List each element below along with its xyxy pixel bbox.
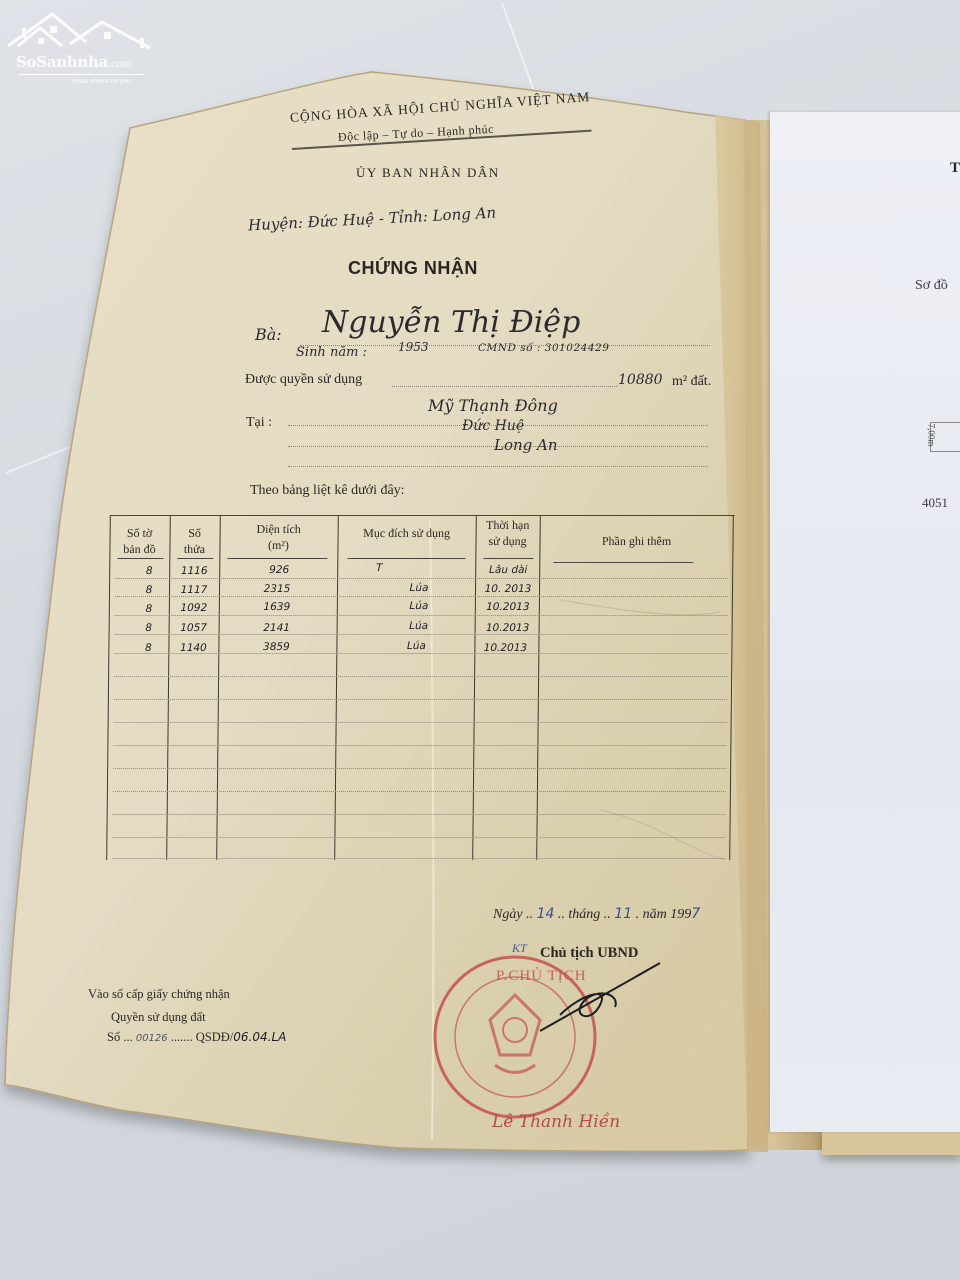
authority-name: ỦY BAN NHÂN DÂN — [356, 165, 500, 181]
location-commune: Mỹ Thạnh Đông — [428, 396, 558, 415]
registry-line-2: Quyền sử dụng đất — [111, 1010, 206, 1025]
table-row-4-purpose: Lúa — [379, 620, 459, 632]
registry-number: Số ... 00126 ....... QSDĐ/06.04.LA — [107, 1030, 286, 1045]
table-row-2-map: 8 — [139, 584, 159, 596]
total-area: 10880 — [618, 372, 663, 388]
header-underline — [553, 562, 693, 563]
header-term: Thời hạnsử dụng — [477, 518, 537, 549]
table-row-5-purpose: Lúa — [376, 640, 456, 652]
table-row-2-purpose: Lúa — [379, 582, 459, 594]
table-row-3-map: 8 — [139, 603, 159, 615]
row-rule — [115, 596, 728, 597]
table-row-1-parcel: 1116 — [171, 565, 217, 577]
table-row-2-parcel: 1117 — [171, 584, 217, 596]
header-underline — [483, 558, 533, 559]
dotted-line — [288, 466, 708, 467]
table-row-5-parcel: 1140 — [170, 642, 216, 654]
row-rule — [113, 768, 726, 769]
issue-date: Ngày .. 14 .. tháng .. 11 . năm 1997 — [493, 906, 700, 923]
birth-label: Sinh năm : — [296, 345, 367, 360]
usage-right-label: Được quyền sử dụng — [245, 372, 362, 388]
header-underline — [227, 558, 327, 559]
row-rule — [112, 858, 725, 859]
jurisdiction: Huyện: Đức Huệ - Tỉnh: Long An — [248, 204, 497, 235]
signature-stroke — [530, 955, 680, 1035]
table-row-3-purpose: Lúa — [379, 600, 459, 612]
table-intro: Theo bảng liệt kê dưới đây: — [250, 483, 405, 499]
row-rule — [113, 814, 726, 815]
table-row-3-parcel: 1092 — [171, 602, 217, 614]
row-rule — [115, 578, 728, 579]
table-row-3-term: 10.2013 — [477, 601, 539, 613]
id-number: CMND số : 301024429 — [478, 342, 609, 354]
row-rule — [114, 722, 727, 723]
table-row-4-area: 2141 — [237, 622, 317, 634]
certificate-document: CỘNG HÒA XÃ HỘI CHỦ NGHĨA VIỆT NAM Độc l… — [0, 0, 960, 1280]
holder-label: Bà: — [255, 325, 282, 344]
holder-name: Nguyễn Thị Điệp — [322, 305, 580, 340]
signatory-prefix: KT — [512, 941, 527, 956]
location-label: Tại : — [246, 415, 272, 431]
national-header: CỘNG HÒA XÃ HỘI CHỦ NGHĨA VIỆT NAM — [289, 89, 590, 126]
header-underline — [347, 558, 465, 559]
table-row-5-map: 8 — [138, 642, 158, 654]
land-parcel-table: Số tờbản đồ Sốthửa Diện tích(m²) Mục đíc… — [106, 515, 735, 860]
table-row-1-purpose: T — [339, 562, 419, 574]
table-row-2-term: 10. 2013 — [477, 583, 539, 595]
table-row-3-area: 1639 — [237, 601, 317, 613]
header-underline — [117, 558, 163, 559]
row-rule — [114, 676, 727, 677]
header-map-sheet: Số tờbản đồ — [111, 526, 167, 557]
table-border-left — [106, 516, 111, 860]
header-area: Diện tích(m²) — [221, 522, 335, 553]
location-district: Đức Huệ — [462, 418, 524, 434]
row-rule — [115, 634, 728, 635]
table-row-4-term: 10.2013 — [477, 622, 539, 634]
dotted-line — [392, 386, 617, 387]
row-rule — [115, 615, 728, 616]
document-title: CHỨNG NHẬN — [348, 258, 478, 279]
row-rule — [113, 791, 726, 792]
table-row-5-area: 3859 — [236, 641, 316, 653]
row-rule — [114, 699, 727, 700]
header-parcel-no: Sốthửa — [171, 526, 217, 557]
table-row-4-map: 8 — [139, 622, 159, 634]
location-province: Long An — [494, 436, 558, 454]
table-row-5-term: 10.2013 — [474, 642, 536, 654]
table-row-4-parcel: 1057 — [171, 622, 217, 634]
area-unit: m² đất. — [672, 374, 711, 390]
header-notes: Phần ghi thêm — [541, 534, 731, 550]
signer-name: Lê Thanh Hiền — [492, 1112, 620, 1132]
header-purpose: Mục đích sử dụng — [340, 526, 474, 542]
header-underline — [177, 558, 213, 559]
row-rule — [113, 745, 726, 746]
registry-line-1: Vào sổ cấp giấy chứng nhận — [88, 987, 230, 1002]
table-row-1-term: Lâu dài — [477, 564, 539, 576]
table-row-1-map: 8 — [139, 565, 159, 577]
table-row-1-area: 926 — [239, 564, 319, 576]
table-border-right — [729, 516, 734, 860]
row-rule — [112, 837, 725, 838]
table-row-2-area: 2315 — [237, 583, 317, 595]
birth-year: 1953 — [398, 340, 429, 354]
